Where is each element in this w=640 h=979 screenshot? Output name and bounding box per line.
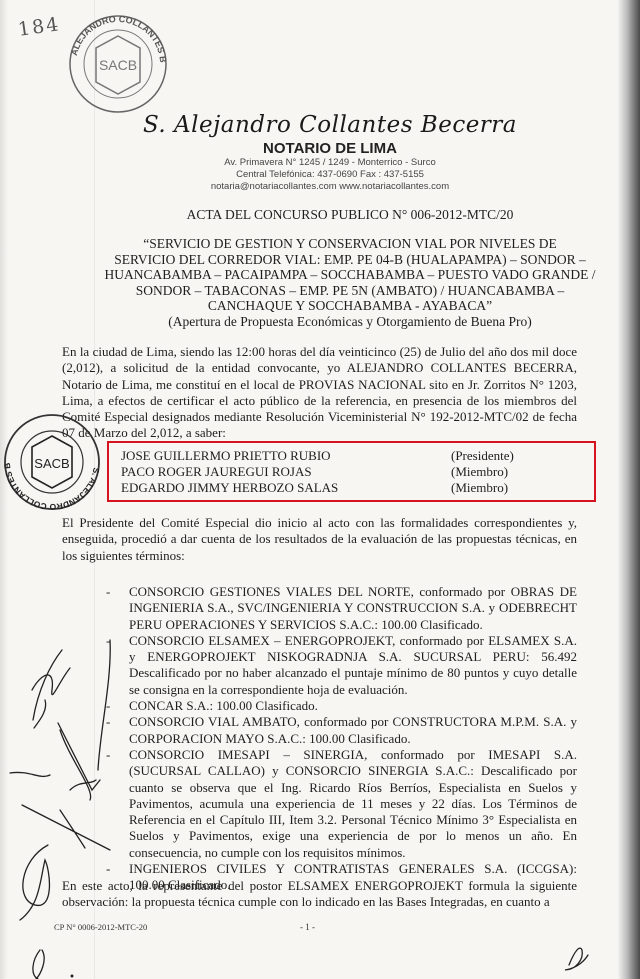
bidder-text: CONSORCIO ELSAMEX – ENERGOPROJEKT, confo… bbox=[129, 633, 577, 697]
service-line: CANCHAQUE Y SOCCHABAMBA - AYABACA” bbox=[60, 298, 640, 314]
committee-member-name: EDGARDO JIMMY HERBOZO SALAS bbox=[121, 480, 338, 496]
svg-text:SACB: SACB bbox=[99, 57, 137, 73]
notary-stamp-side: S. ALEJANDRO COLLANTES BECERRA · NOTARIO… bbox=[2, 412, 102, 512]
bullet-dash: - bbox=[106, 584, 110, 600]
notary-contact: notaria@notariacollantes.com www.notaria… bbox=[130, 181, 530, 193]
bullet-dash: - bbox=[106, 714, 110, 730]
notary-address: Av. Primavera N° 1245 / 1249 - Monterric… bbox=[130, 157, 530, 169]
service-line: HUANCABAMBA – PACAIPAMPA – SOCCHABAMBA –… bbox=[60, 267, 640, 283]
acta-title: ACTA DEL CONCURSO PUBLICO N° 006-2012-MT… bbox=[60, 207, 640, 223]
paragraph-intro: En la ciudad de Lima, siendo las 12:00 h… bbox=[62, 344, 577, 442]
service-line: “SERVICIO DE GESTION Y CONSERVACION VIAL… bbox=[60, 236, 640, 252]
footer-reference: CP N° 0006-2012-MTC-20 bbox=[54, 922, 147, 932]
bullet-dash: - bbox=[106, 698, 110, 714]
list-item: -CONSORCIO IMESAPI – SINERGIA, conformad… bbox=[116, 747, 577, 861]
paragraph-president: El Presidente del Comité Especial dio in… bbox=[62, 515, 577, 564]
committee-member-role: (Miembro) bbox=[451, 464, 508, 480]
bidder-text: CONSORCIO IMESAPI – SINERGIA, conformado… bbox=[129, 747, 577, 860]
service-line: SERVICIO DEL CORREDOR VIAL: EMP. PE 04-B… bbox=[60, 252, 640, 268]
list-item: -CONSORCIO ELSAMEX – ENERGOPROJEKT, conf… bbox=[116, 633, 577, 698]
committee-member-name: PACO ROGER JAUREGUI ROJAS bbox=[121, 464, 312, 480]
list-item: -CONSORCIO GESTIONES VIALES DEL NORTE, c… bbox=[116, 584, 577, 633]
service-title: “SERVICIO DE GESTION Y CONSERVACION VIAL… bbox=[60, 236, 640, 329]
notary-phones: Central Telefónica: 437-0690 Fax : 437-5… bbox=[130, 169, 530, 181]
page-right-edge-shadow bbox=[618, 0, 640, 979]
bidder-text: CONSORCIO VIAL AMBATO, conformado por CO… bbox=[129, 714, 577, 745]
bullet-dash: - bbox=[106, 747, 110, 763]
committee-member-name: JOSE GUILLERMO PRIETTO RUBIO bbox=[121, 448, 331, 464]
committee-member-role: (Presidente) bbox=[451, 448, 514, 464]
service-line: SONDOR – TABACONAS – EMP. PE 5N (AMBATO)… bbox=[60, 283, 640, 299]
bullet-dash: - bbox=[106, 861, 110, 877]
notary-title: NOTARIO DE LIMA bbox=[130, 140, 530, 157]
paragraph-observation: En este acto, la representante del posto… bbox=[62, 878, 577, 911]
svg-text:SACB: SACB bbox=[34, 456, 69, 471]
notary-name: S. Alejandro Collantes Becerra bbox=[130, 112, 530, 138]
service-subtitle: (Apertura de Propuesta Económicas y Otor… bbox=[60, 314, 640, 330]
letterhead: S. Alejandro Collantes Becerra NOTARIO D… bbox=[130, 112, 530, 193]
folio-number: 184 bbox=[17, 13, 62, 41]
list-item: -CONSORCIO VIAL AMBATO, conformado por C… bbox=[116, 714, 577, 747]
bidder-list: -CONSORCIO GESTIONES VIALES DEL NORTE, c… bbox=[116, 584, 577, 894]
notary-stamp-top: ALEJANDRO COLLANTES BECERRA SACB bbox=[64, 10, 172, 118]
committee-member-role: (Miembro) bbox=[451, 480, 508, 496]
bullet-dash: - bbox=[106, 633, 110, 649]
bidder-text: CONCAR S.A.: 100.00 Clasificado. bbox=[129, 698, 318, 713]
committee-highlight-box: JOSE GUILLERMO PRIETTO RUBIO (Presidente… bbox=[107, 441, 596, 502]
list-item: -CONCAR S.A.: 100.00 Clasificado. bbox=[116, 698, 577, 714]
page-number: - 1 - bbox=[300, 922, 315, 932]
bidder-text: CONSORCIO GESTIONES VIALES DEL NORTE, co… bbox=[129, 584, 577, 632]
